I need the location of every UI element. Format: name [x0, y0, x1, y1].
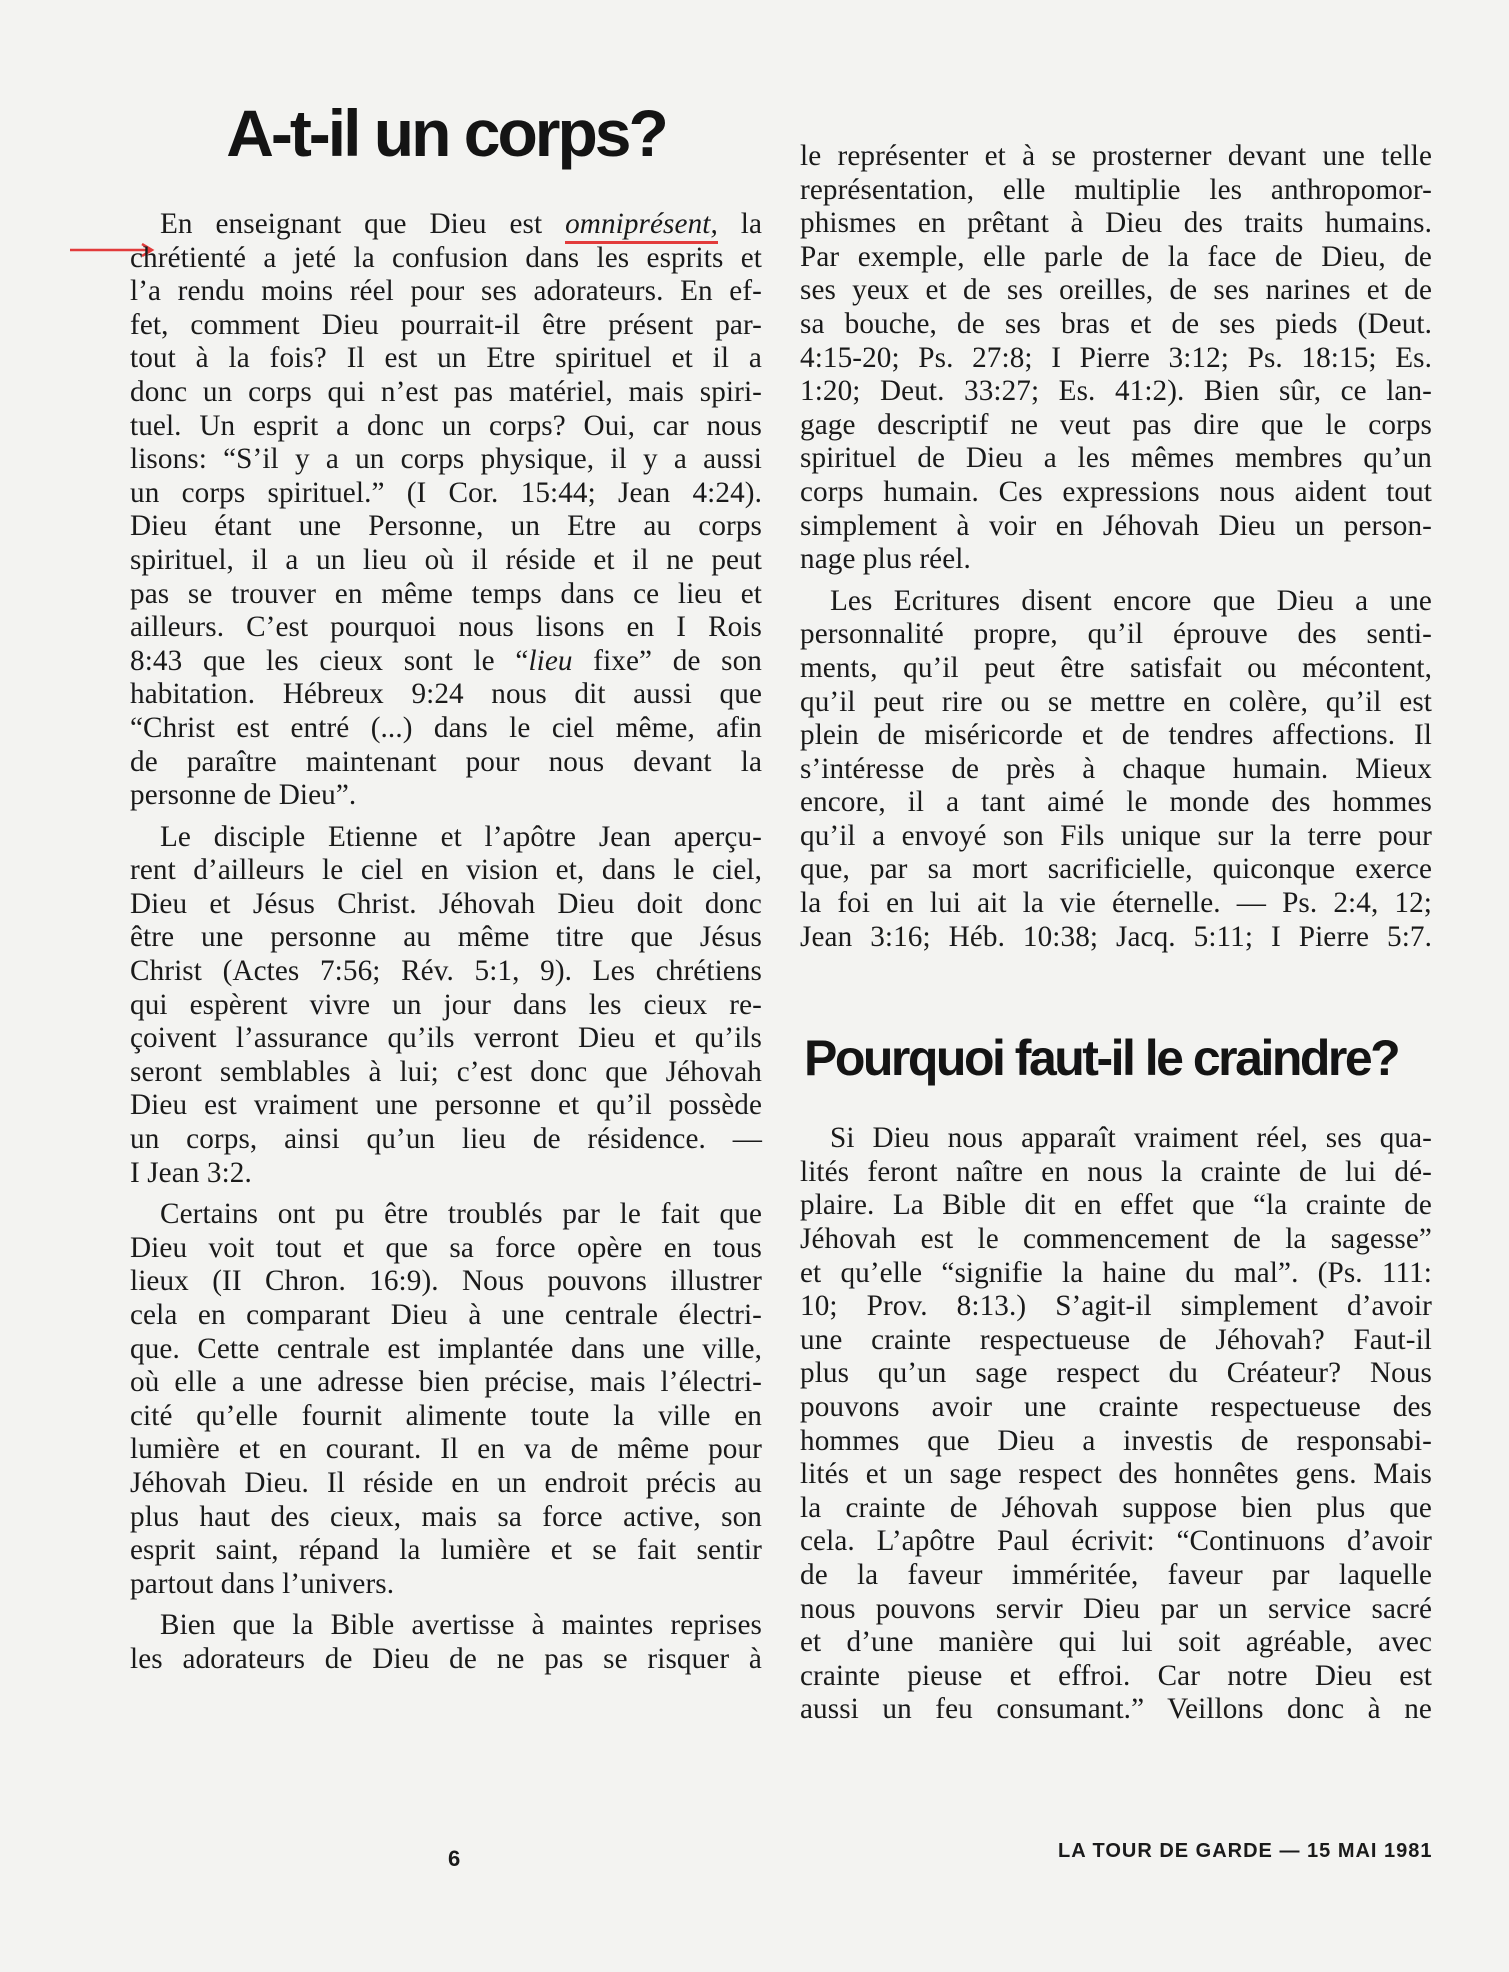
- text-line: et qu’elle “signifie la haine du mal”. (…: [800, 1257, 1432, 1291]
- text-line: Dieu voit tout et que sa force opère en …: [130, 1232, 762, 1266]
- text-line: plaire. La Bible dit en effet que “la cr…: [800, 1189, 1432, 1223]
- text-line: Par exemple, elle parle de la face de Di…: [800, 241, 1432, 275]
- text-line: ailleurs. C’est pourquoi nous lisons en …: [130, 611, 762, 645]
- text-line: Dieu étant une Personne, un Etre au corp…: [130, 510, 762, 544]
- text-line: la foi en lui ait la vie éternelle. — Ps…: [800, 887, 1432, 921]
- text-line: cité qu’elle fournit alimente toute la v…: [130, 1400, 762, 1434]
- text-line: spirituel de Dieu a les mêmes membres qu…: [800, 442, 1432, 476]
- text-line: représentation, elle multiplie les anthr…: [800, 174, 1432, 208]
- running-footer: LA TOUR DE GARDE — 15 MAI 1981: [1058, 1840, 1433, 1863]
- section-title-a-t-il-un-corps: A-t-il un corps?: [130, 38, 762, 208]
- text-line: sa bouche, de ses bras et de ses pieds (…: [800, 308, 1432, 342]
- text-line: nous pouvons servir Dieu par un service …: [800, 1593, 1432, 1627]
- text-line: 1:20; Deut. 33:27; Es. 41:2). Bien sûr, …: [800, 375, 1432, 409]
- text-line: Les Ecritures disent encore que Dieu a u…: [800, 585, 1432, 619]
- text-line: I Jean 3:2.: [130, 1157, 762, 1191]
- text-line: de la faveur imméritée, faveur par laque…: [800, 1559, 1432, 1593]
- text-line: partout dans l’univers.: [130, 1568, 762, 1602]
- text-line: gage descriptif ne veut pas dire que le …: [800, 409, 1432, 443]
- text-line: cela. L’apôtre Paul écrivit: “Continuons…: [800, 1525, 1432, 1559]
- section-title-pourquoi-faut-il-le-craindre: Pourquoi faut-il le craindre?: [804, 1028, 1432, 1088]
- text-line: rent d’ailleurs le ciel en vision et, da…: [130, 854, 762, 888]
- text-line: çoivent l’assurance qu’ils verront Dieu …: [130, 1022, 762, 1056]
- text-line: un corps spirituel.” (I Cor. 15:44; Jean…: [130, 477, 762, 511]
- paragraph-6: Si Dieu nous apparaît vraiment réel, ses…: [800, 1122, 1432, 1727]
- text-line: l’a rendu moins réel pour ses adorateurs…: [130, 275, 762, 309]
- text-line: phismes en prêtant à Dieu des traits hum…: [800, 207, 1432, 241]
- text-line: habitation. Hébreux 9:24 nous dit aussi …: [130, 678, 762, 712]
- text-line: être une personne au même titre que Jésu…: [130, 921, 762, 955]
- text-line: corps humain. Ces expressions nous aiden…: [800, 476, 1432, 510]
- text-line: qui espèrent vivre un jour dans les cieu…: [130, 989, 762, 1023]
- text-line: pouvons avoir une crainte respectueuse d…: [800, 1391, 1432, 1425]
- text-line: Dieu et Jésus Christ. Jéhovah Dieu doit …: [130, 888, 762, 922]
- right-column: le représenter et à se prosterner devant…: [800, 140, 1432, 1735]
- text-line: Certains ont pu être troublés par le fai…: [130, 1198, 762, 1232]
- text-line: 4:15-20; Ps. 27:8; I Pierre 3:12; Ps. 18…: [800, 342, 1432, 376]
- text-line: plein de miséricorde et de tendres affec…: [800, 719, 1432, 753]
- text-line: donc un corps qui n’est pas matériel, ma…: [130, 376, 762, 410]
- text-line: esprit saint, répand la lumière et se fa…: [130, 1534, 762, 1568]
- paragraph-5: Les Ecritures disent encore que Dieu a u…: [800, 585, 1432, 955]
- text-line: personne de Dieu”.: [130, 779, 762, 813]
- text-line: lumière et en courant. Il en va de même …: [130, 1433, 762, 1467]
- text-line: lités et un sage respect des honnêtes ge…: [800, 1458, 1432, 1492]
- text-line: de paraître maintenant pour nous devant …: [130, 746, 762, 780]
- text-line: nage plus réel.: [800, 543, 1432, 577]
- text-line: Le disciple Etienne et l’apôtre Jean ape…: [130, 821, 762, 855]
- paragraph-4: Bien que la Bible avertisse à maintes re…: [130, 1609, 762, 1676]
- text-line: Jean 3:16; Héb. 10:38; Jacq. 5:11; I Pie…: [800, 921, 1432, 955]
- text-line: 8:43 que les cieux sont le “lieu fixe” d…: [130, 645, 762, 679]
- text-line: Christ (Actes 7:56; Rév. 5:1, 9). Les ch…: [130, 955, 762, 989]
- text-line: simplement à voir en Jéhovah Dieu un per…: [800, 510, 1432, 544]
- text-line: hommes que Dieu a investis de responsabi…: [800, 1425, 1432, 1459]
- text-line: pas se trouver en même temps dans ce lie…: [130, 578, 762, 612]
- page-number: 6: [448, 1846, 460, 1872]
- text-line: encore, il a tant aimé le monde des homm…: [800, 786, 1432, 820]
- text-line: les adorateurs de Dieu de ne pas se risq…: [130, 1643, 762, 1677]
- paragraph-4-continued: le représenter et à se prosterner devant…: [800, 140, 1432, 577]
- text-line: Dieu est vraiment une personne et qu’il …: [130, 1089, 762, 1123]
- text-line: En enseignant que Dieu est omniprésent, …: [130, 208, 762, 242]
- left-column: A-t-il un corps? En enseignant que Dieu …: [130, 90, 762, 1685]
- text-line: la crainte de Jéhovah suppose bien plus …: [800, 1492, 1432, 1526]
- underlined-word-omnipresent: omniprésent,: [565, 208, 718, 244]
- text-line: tuel. Un esprit a donc un corps? Oui, ca…: [130, 410, 762, 444]
- text-line: lités feront naître en nous la crainte d…: [800, 1156, 1432, 1190]
- text-line: et d’une manière qui lui soit agréable, …: [800, 1626, 1432, 1660]
- text-line: lisons: “S’il y a un corps physique, il …: [130, 443, 762, 477]
- text-line: qu’il a envoyé son Fils unique sur la te…: [800, 820, 1432, 854]
- text-line: aussi un feu consumant.” Veillons donc à…: [800, 1693, 1432, 1727]
- text-line: s’intéresse de près à chaque humain. Mie…: [800, 753, 1432, 787]
- text-line: cela en comparant Dieu à une centrale él…: [130, 1299, 762, 1333]
- text-line: plus qu’un sage respect du Créateur? Nou…: [800, 1357, 1432, 1391]
- text-line: 10; Prov. 8:13.) S’agit-il simplement d’…: [800, 1290, 1432, 1324]
- text-line: qu’il peut rire ou se mettre en colère, …: [800, 686, 1432, 720]
- text-line: Si Dieu nous apparaît vraiment réel, ses…: [800, 1122, 1432, 1156]
- text-line: tout à la fois? Il est un Etre spirituel…: [130, 342, 762, 376]
- text-line: une crainte respectueuse de Jéhovah? Fau…: [800, 1324, 1432, 1358]
- text-line: où elle a une adresse bien précise, mais…: [130, 1366, 762, 1400]
- paragraph-3: Certains ont pu être troublés par le fai…: [130, 1198, 762, 1601]
- text-line: Bien que la Bible avertisse à maintes re…: [130, 1609, 762, 1643]
- text-line: chrétienté a jeté la confusion dans les …: [130, 242, 762, 276]
- text-line: spirituel, il a un lieu où il réside et …: [130, 544, 762, 578]
- text-line: seront semblables à lui; c’est donc que …: [130, 1056, 762, 1090]
- text-line: crainte pieuse et effroi. Car notre Dieu…: [800, 1660, 1432, 1694]
- text-line: que, par sa mort sacrificielle, quiconqu…: [800, 853, 1432, 887]
- text-line: “Christ est entré (...) dans le ciel mêm…: [130, 712, 762, 746]
- text-line: que. Cette centrale est implantée dans u…: [130, 1333, 762, 1367]
- text-line: Jéhovah est le commencement de la sagess…: [800, 1223, 1432, 1257]
- text-line: ments, qu’il peut être satisfait ou méco…: [800, 652, 1432, 686]
- text-line: personnalité propre, qu’il éprouve des s…: [800, 618, 1432, 652]
- text-line: plus haut des cieux, mais sa force activ…: [130, 1501, 762, 1535]
- text-line: Jéhovah Dieu. Il réside en un endroit pr…: [130, 1467, 762, 1501]
- text-line: lieux (II Chron. 16:9). Nous pouvons ill…: [130, 1265, 762, 1299]
- paragraph-2: Le disciple Etienne et l’apôtre Jean ape…: [130, 821, 762, 1191]
- paragraph-1: En enseignant que Dieu est omniprésent, …: [130, 208, 762, 813]
- text-line: le représenter et à se prosterner devant…: [800, 140, 1432, 174]
- text-line: ses yeux et de ses oreilles, de ses nari…: [800, 274, 1432, 308]
- text-line: un corps, ainsi qu’un lieu de résidence.…: [130, 1123, 762, 1157]
- text-line: fet, comment Dieu pourrait-il être prése…: [130, 309, 762, 343]
